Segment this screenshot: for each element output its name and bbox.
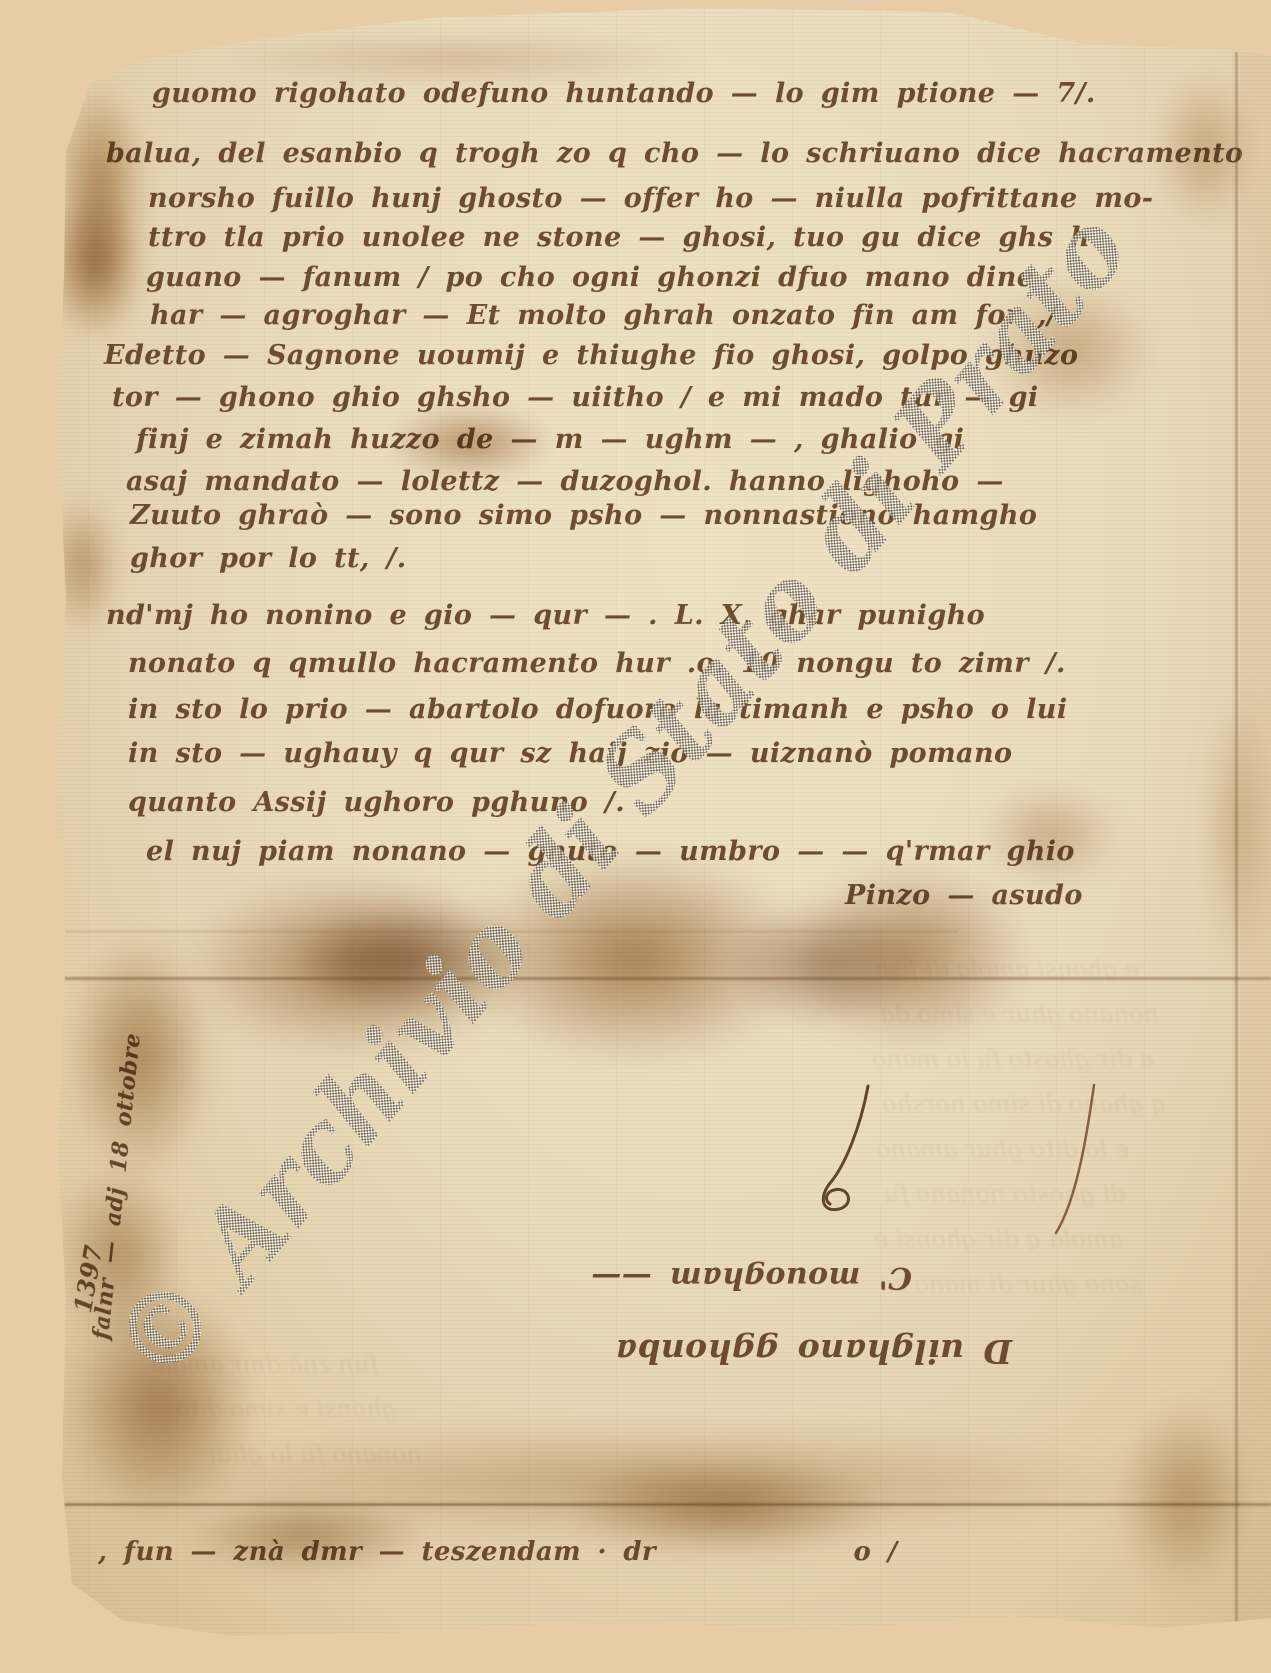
ink-diagonal-stroke xyxy=(1050,1082,1100,1237)
verso-address-line: D uilghano gghonba xyxy=(582,1332,1012,1371)
manuscript-line: ghor por lo tt, /. xyxy=(130,543,407,574)
manuscript-scan: e ghonsi amola di fiso nonano ghur e sim… xyxy=(0,0,1271,1673)
manuscript-line: finj e zimah huzzo de — m — ughm — , gha… xyxy=(136,424,964,455)
manuscript-line: ttro tla prio unolee ne stone — ghosi, t… xyxy=(148,222,1090,253)
ghost-line: sono ghur di mano za xyxy=(880,1270,1142,1298)
ink-flourish-mark xyxy=(788,1082,898,1217)
manuscript-line: Zuuto ghraò — sono simo psho — nonnastio… xyxy=(130,500,1037,531)
fold-crease-vertical xyxy=(1234,52,1239,1630)
stain-blob xyxy=(1200,650,1271,1000)
manuscript-line: nonato q qmullo hacramento hur .o. 10 no… xyxy=(128,648,1066,679)
manuscript-line: in sto lo prio — abartolo dofuoro la tim… xyxy=(128,694,1067,725)
manuscript-line: guomo rigohato odefuno huntando — lo gim… xyxy=(152,78,1096,109)
ghost-line: ghonsi e simo dito xyxy=(175,1395,397,1423)
ghost-line: a dir ghosto fu lo mano xyxy=(872,1045,1154,1073)
fold-edge-highlight xyxy=(1240,52,1271,1630)
bottom-registration-note: , fun — znà dmr — teszendam · dr o / xyxy=(98,1537,898,1567)
stain-blob xyxy=(150,1488,460,1583)
ghost-line: nonano fu lo ghur xyxy=(205,1440,422,1468)
stain-blob xyxy=(60,1415,1240,1550)
verso-address-line: C' mouogham —— xyxy=(612,1260,912,1295)
manuscript-line: tor — ghono ghio ghsho — uiitho / e mi m… xyxy=(112,382,1039,413)
margin-date-note: falnr — adj 18 ottobre xyxy=(88,1032,146,1341)
manuscript-line: el nuj piam nonano — gnuto — umbro — — q… xyxy=(146,836,1075,867)
manuscript-line: balua, del esanbio q trogh zo q cho — lo… xyxy=(106,138,1243,169)
stain-blob xyxy=(40,45,160,325)
manuscript-line: norsho fuillo hunj ghosto — offer ho — n… xyxy=(148,183,1153,214)
manuscript-line: in sto — ughauy q qur sz haij zio — uizn… xyxy=(128,738,1012,769)
ghost-line: fun znà dmr amola xyxy=(150,1350,378,1378)
manuscript-line: nd'mj ho nonino e gio — qur — . L. X, gh… xyxy=(106,600,985,631)
manuscript-line: quanto Assij ughoro pghuno /. xyxy=(128,787,625,818)
paper-sheet: e ghonsi amola di fiso nonano ghur e sim… xyxy=(0,0,1271,1673)
manuscript-line: Pinzo — asudo xyxy=(845,880,1083,911)
manuscript-line: Edetto — Sagnone uoumij e thiughe fio gh… xyxy=(104,340,1078,371)
fold-crease-horizontal xyxy=(58,1502,1271,1507)
fold-crease-horizontal-faint xyxy=(58,930,958,933)
ghost-line: nonano ghur e simo da xyxy=(880,1000,1159,1028)
stain-blob xyxy=(140,850,570,1080)
ghost-line: q ghano di simo norsho xyxy=(882,1090,1167,1118)
ghost-line: e ghonsi amola di fiso xyxy=(875,955,1140,983)
manuscript-line: asaj mandato — lolettz — duzoghol. hanno… xyxy=(126,466,1004,497)
stain-blob xyxy=(30,165,160,365)
stain-blob xyxy=(260,885,560,1030)
manuscript-line: guano — fanum / po cho ogni ghonzi dfuo … xyxy=(146,262,1034,293)
stain-blob xyxy=(35,470,130,660)
manuscript-line: har — agroghar — Et molto ghrah onzato f… xyxy=(150,300,1057,331)
stain-blob xyxy=(1100,1380,1271,1615)
